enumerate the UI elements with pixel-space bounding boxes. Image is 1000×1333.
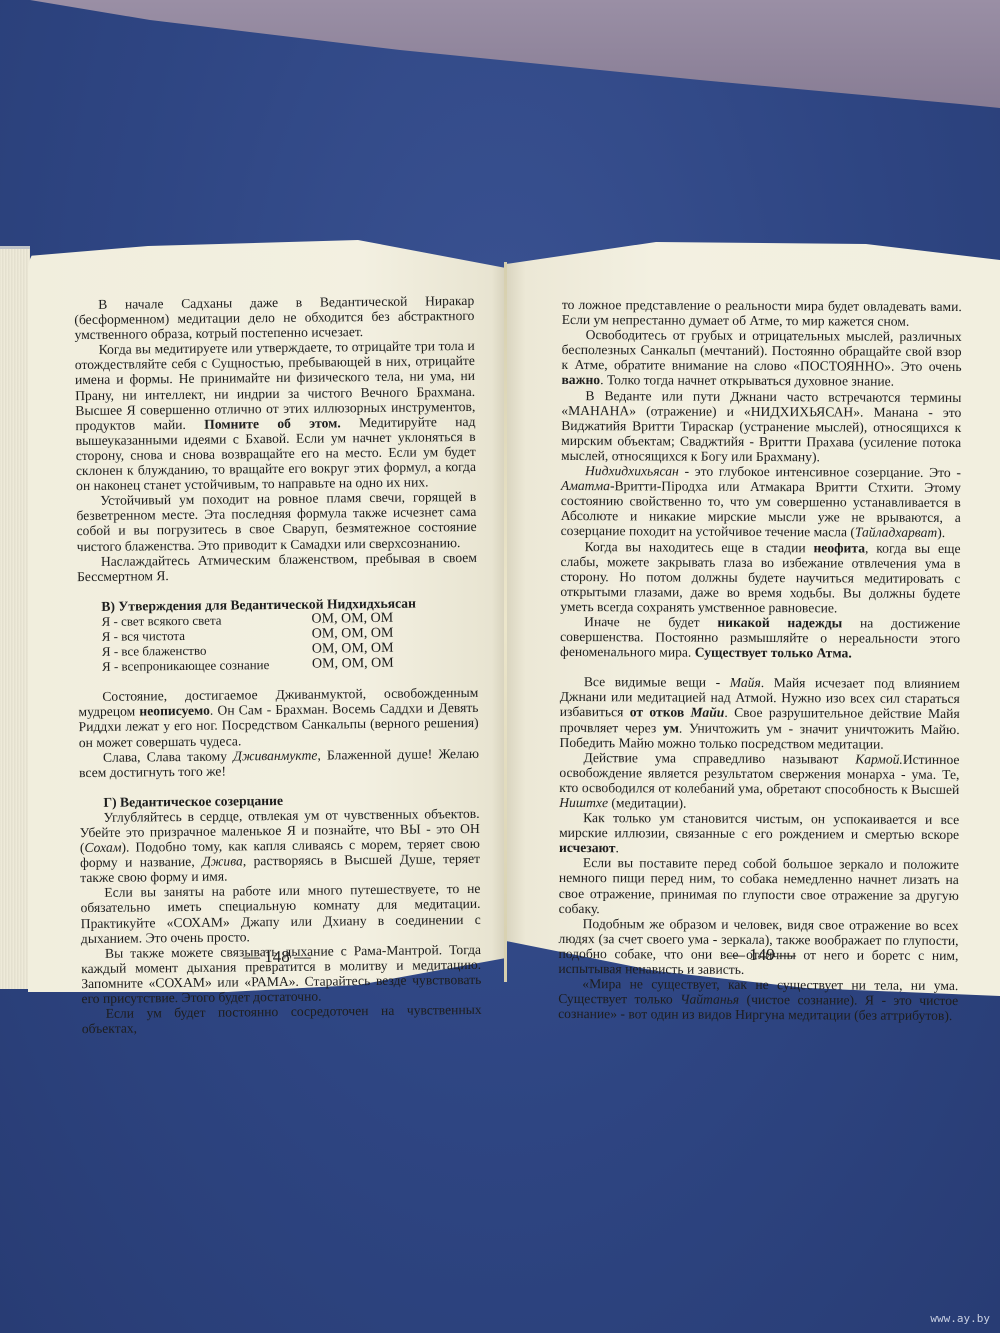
left-page-text: В начале Садханы даже в Ведантической Ни… <box>74 293 482 1036</box>
paragraph: Устойчивый ум походит на ровное пламя св… <box>76 489 477 554</box>
paragraph: Состояние, достигаемое Дживанмуктой, осв… <box>78 685 479 750</box>
paragraph: Иначе не будет никакой надежды на достиж… <box>560 614 960 661</box>
paragraph: Если ум будет постоянно сосредоточен на … <box>82 1002 482 1036</box>
page-number-right: — 149 — <box>728 945 796 965</box>
paragraph: то ложное представление о реальности мир… <box>562 297 962 329</box>
page-number-left: — 148 — <box>243 947 311 967</box>
paragraph: Если вы поставите перед собой большое зе… <box>559 855 959 917</box>
right-page-text: то ложное представление о реальности мир… <box>558 297 962 1023</box>
paragraph: Освободитесь от грубых и отрицательных м… <box>561 327 961 389</box>
paragraph: В Веданте или пути Джнани часто встречаю… <box>561 388 961 466</box>
paragraph: Действие ума справедливо называют Кармой… <box>559 750 959 812</box>
paragraph: Если вы заняты на работе или много путеш… <box>80 881 481 946</box>
paragraph: Углубляйтесь в сердце, отвлекая ум от чу… <box>80 806 481 886</box>
paragraph: Все видимые вещи - Майя. Майя исчезает п… <box>560 674 960 752</box>
paragraph: Слава, Слава такому Дживанмукте, Блаженн… <box>79 746 479 780</box>
watermark: www.ay.by <box>930 1312 990 1325</box>
page-edge-stack <box>0 246 30 989</box>
paragraph: Когда вы медитируете или утверждаете, то… <box>75 338 477 493</box>
paragraph: В начале Садханы даже в Ведантической Ни… <box>74 293 474 342</box>
book-spine <box>504 262 507 982</box>
paragraph: Наслаждайтесь Атмическим блаженством, пр… <box>77 550 477 584</box>
paragraph: «Мира не существует, как не существует н… <box>558 976 958 1023</box>
paragraph: Нидхидхихьясан - это глубокое интенсивно… <box>561 463 961 541</box>
affirmation-row: Я - всепроникающее сознание ОМ, ОМ, ОМ <box>102 655 478 674</box>
paragraph: Как только ум становится чистым, он успо… <box>559 810 959 857</box>
paragraph: Когда вы находитесь еще в стадии неофита… <box>560 538 960 616</box>
